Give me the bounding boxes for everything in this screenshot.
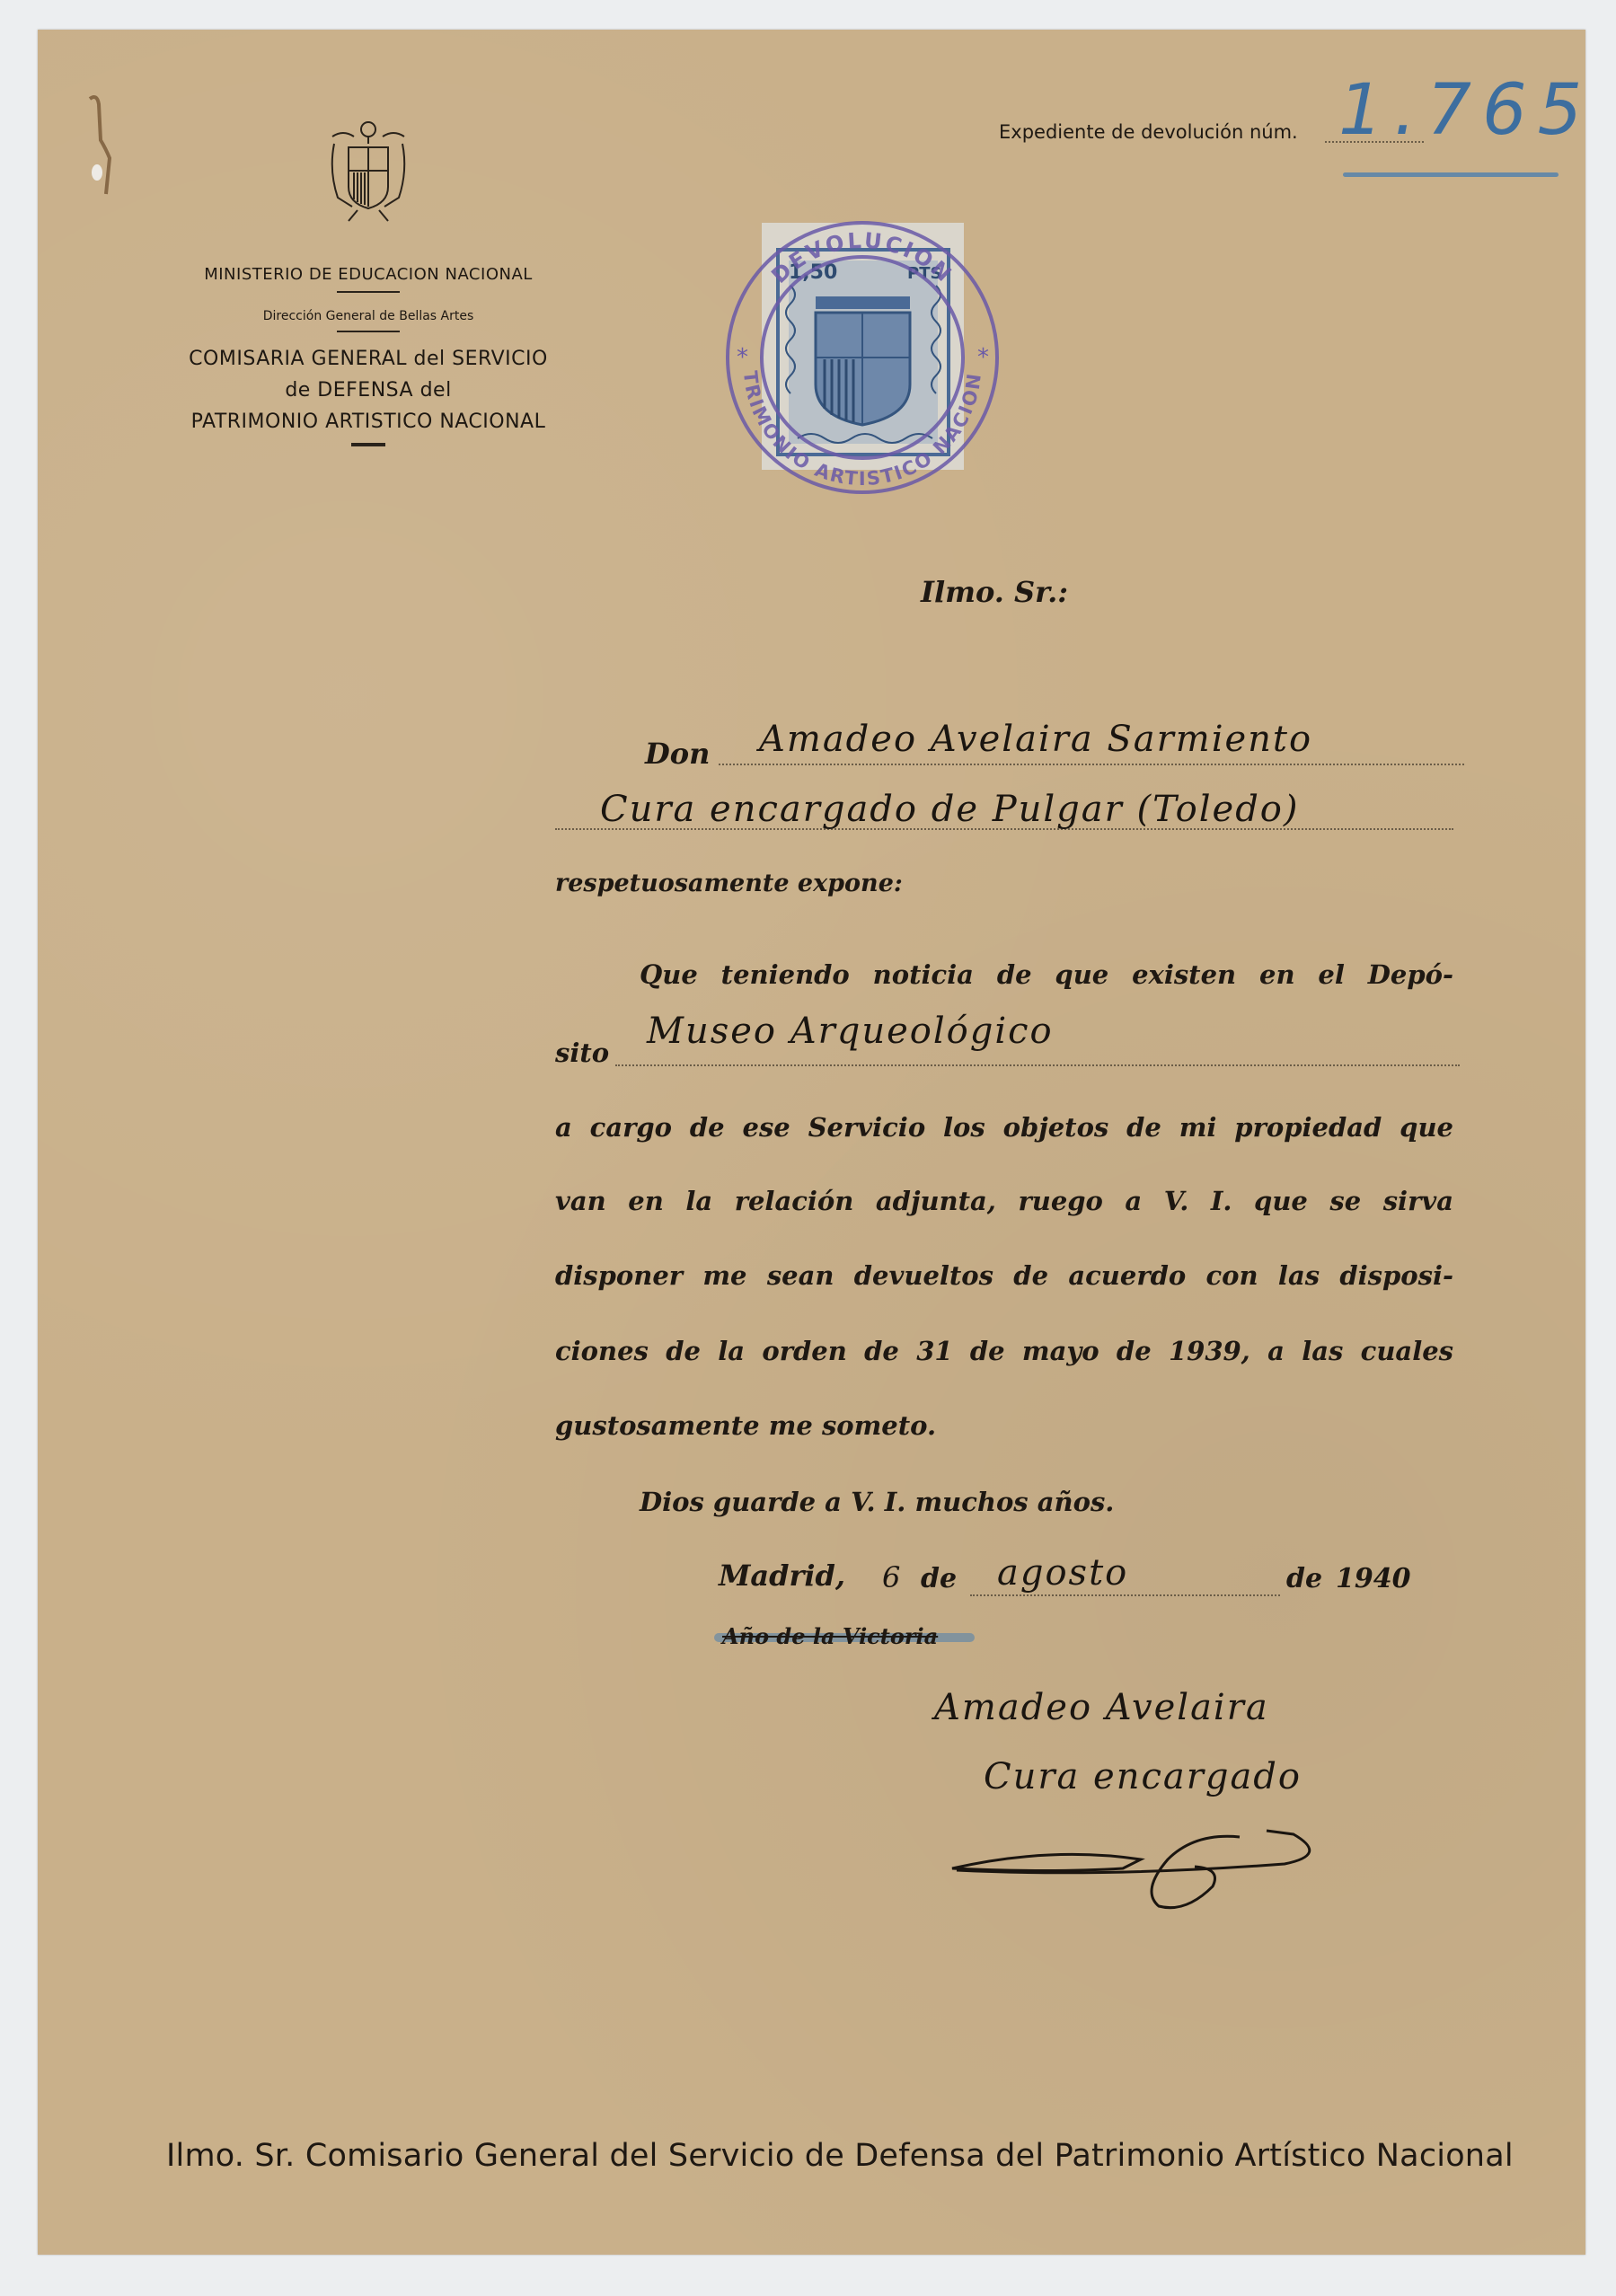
- sito-label: sito: [555, 1038, 609, 1068]
- date-month: agosto: [997, 1552, 1128, 1594]
- body-line: gustosamente me someto.: [555, 1410, 936, 1441]
- body-line: a cargo de ese Servicio los objetos de m…: [555, 1112, 1453, 1143]
- comisaria-line: COMISARIA GENERAL del SERVICIO: [135, 343, 602, 375]
- deposito-name: Museo Arqueológico: [647, 1011, 1054, 1052]
- ministry-name: MINISTERIO DE EDUCACION NACIONAL: [135, 265, 602, 284]
- month-field-line: [970, 1594, 1280, 1596]
- signature-name: Amadeo Avelaira: [934, 1687, 1269, 1728]
- divider: [337, 331, 400, 332]
- comisaria-name: COMISARIA GENERAL del SERVICIO de DEFENS…: [135, 343, 602, 437]
- name-field-line: [719, 764, 1464, 765]
- year-handwritten: 40: [1373, 1563, 1411, 1594]
- petitioner-name: Amadeo Avelaira Sarmiento: [759, 719, 1312, 760]
- deposito-field-line: [615, 1064, 1460, 1066]
- date-de-label: de: [1286, 1563, 1322, 1594]
- revenue-stamp-and-seal: 1,50 PTS DEVOLUCION PATRIMONIO ARTISTICO…: [717, 214, 1013, 501]
- expediente-label: Expediente de devolución núm.: [999, 121, 1298, 143]
- svg-text:*: *: [737, 344, 748, 371]
- expediente-number: 1.765: [1338, 70, 1593, 151]
- divider: [337, 291, 400, 293]
- footer-addressee: Ilmo. Sr. Comisario General del Servicio…: [166, 2138, 1514, 2174]
- comisaria-line: de DEFENSA del: [135, 375, 602, 406]
- body-line: van en la relación adjunta, ruego a V. I…: [555, 1186, 1453, 1216]
- struck-year-motto: Año de la Victoria: [722, 1623, 938, 1649]
- body-line: ciones de la orden de 31 de mayo de 1939…: [555, 1336, 1453, 1366]
- date-day: 6: [882, 1560, 902, 1594]
- date-de-label: de: [921, 1563, 957, 1594]
- don-label: Don: [645, 737, 710, 771]
- body-line: Que teniendo noticia de que existen en e…: [640, 959, 1453, 990]
- closing-formula: Dios guarde a V. I. muchos años.: [640, 1487, 1114, 1517]
- expone-text: respetuosamente expone:: [555, 870, 903, 897]
- date-city: Madrid,: [719, 1559, 845, 1593]
- coat-of-arms-icon: [325, 117, 411, 225]
- pencil-underline: [1343, 172, 1559, 177]
- divider: [351, 443, 385, 446]
- paper-damage-icon: [81, 90, 135, 207]
- salutation: Ilmo. Sr.:: [921, 575, 1068, 609]
- year-printed: 19: [1336, 1563, 1373, 1594]
- signature-flourish-icon: [943, 1824, 1347, 1913]
- svg-text:*: *: [977, 344, 989, 371]
- direccion-general: Dirección General de Bellas Artes: [135, 309, 602, 323]
- comisaria-line: PATRIMONIO ARTISTICO NACIONAL: [135, 406, 602, 437]
- letterhead: MINISTERIO DE EDUCACION NACIONAL Direcci…: [135, 117, 602, 446]
- body-line: disponer me sean devueltos de acuerdo co…: [555, 1260, 1453, 1291]
- date-year: 1940: [1336, 1563, 1411, 1594]
- petitioner-description: Cura encargado de Pulgar (Toledo): [600, 789, 1299, 830]
- signature-title: Cura encargado: [984, 1756, 1302, 1797]
